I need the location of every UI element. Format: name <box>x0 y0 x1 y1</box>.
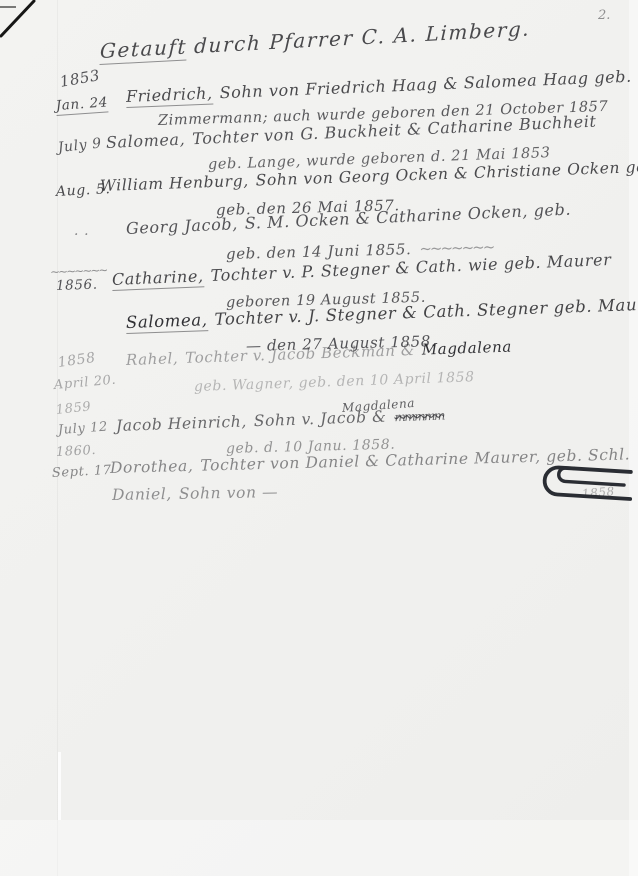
scanned-register-page: { "document": { "page_number": "2.", "ti… <box>0 0 638 876</box>
child-name: Rahel, <box>126 349 179 369</box>
entry-year: 1856. <box>56 278 98 294</box>
title-underlined-word: Getauft <box>100 34 188 65</box>
child-name: Dorothea, <box>110 457 194 477</box>
child-name: Salomea, <box>106 130 186 152</box>
entry-year: 1860. <box>56 444 97 460</box>
child-name: Daniel, <box>112 485 172 504</box>
corner-artifact <box>0 0 48 48</box>
register-entry-line: Daniel,Sohn von — <box>112 484 278 504</box>
crossed-out-word: mmmmm <box>394 409 444 425</box>
scan-bottom-edge <box>0 820 638 876</box>
entry-text: Sohn von — <box>179 483 279 503</box>
paper-fold-line <box>58 752 61 820</box>
child-name: Catharine, <box>112 266 204 291</box>
child-name: Friedrich, <box>126 84 213 108</box>
paperclip <box>530 455 635 513</box>
scan-right-edge <box>629 0 638 876</box>
page-number: 2. <box>598 8 610 23</box>
child-name: Salomea, <box>126 310 208 334</box>
ditto-marks: · · <box>74 228 89 243</box>
mother-name: Magdalena <box>421 338 512 359</box>
